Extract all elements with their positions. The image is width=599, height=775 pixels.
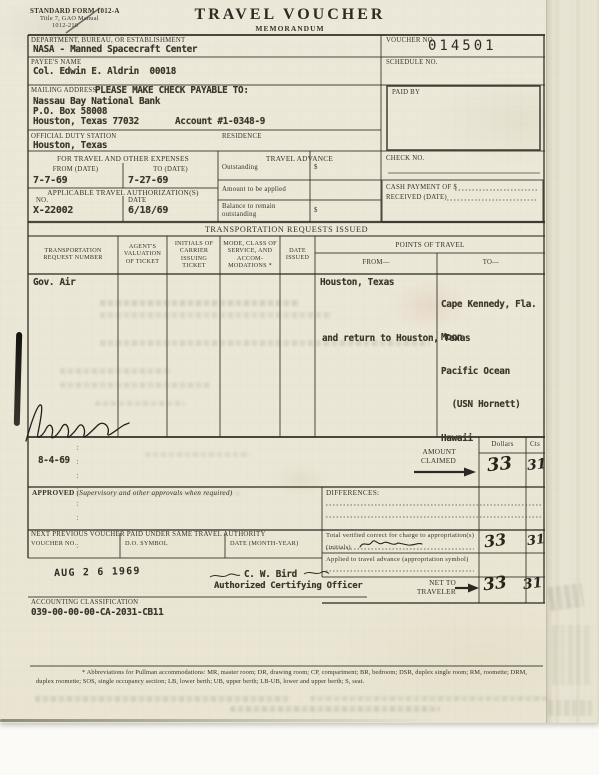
accounting-label: ACCOUNTING CLASSIFICATION [31, 599, 138, 607]
advance-balance-label: Balance to remain outstanding [222, 203, 292, 219]
mailing-address-label: MAILING ADDRESS [31, 87, 97, 95]
claim-date: 8-4-69 [38, 455, 70, 466]
to-date-label: TO (DATE) [123, 166, 218, 174]
initials-scrawl [356, 537, 426, 551]
accounting-value: 039-00-00-00-CA-2031-CB11 [31, 607, 163, 618]
col-header-mode: MODE, CLASS OF SERVICE, AND ACCOM-MODATI… [221, 240, 279, 269]
certifying-officer-title: Authorized Certifying Officer [214, 581, 362, 591]
previous-voucher-title: NEXT PREVIOUS VOUCHER PAID UNDER SAME TR… [31, 531, 266, 539]
advance-applied-label: Amount to be applied [222, 186, 306, 194]
transport-table-title: TRANSPORTATION REQUESTS ISSUED [28, 225, 545, 235]
authorization-no-label: NO. [36, 197, 48, 205]
do-symbol-label: D.O. SYMBOL [125, 540, 168, 547]
advance-outstanding-label: Outstanding [222, 164, 306, 172]
duty-station-value: Houston, Texas [33, 140, 107, 151]
col-header-to: TO— [437, 259, 545, 267]
form-subtitle: MEMORANDUM [170, 25, 410, 34]
applied-advance-label: Applied to travel advance (appropriation… [326, 556, 469, 564]
col-header-initials: INITIALS OF CARRIER ISSUING TICKET [169, 240, 219, 269]
total-verified-line2: (initials) [326, 544, 351, 552]
bleed-through-smudge [100, 300, 300, 306]
cents-header: Cts [526, 440, 544, 448]
col-header-request-number: TRANSPORTATION REQUEST NUMBER [30, 247, 116, 262]
authorization-date-value: 6/18/69 [128, 205, 168, 216]
pullman-abbreviations-footnote: * Abbreviations for Pullman accommodatio… [36, 669, 541, 687]
paid-by-label: PAID BY [392, 89, 420, 97]
col-header-points-of-travel: POINTS OF TRAVEL [315, 241, 545, 249]
bleed-through-smudge [145, 452, 250, 457]
payable-note: PLEASE MAKE CHECK PAYABLE TO: [95, 85, 249, 96]
from-date-value: 7-7-69 [33, 175, 67, 186]
residence-label: RESIDENCE [222, 133, 262, 141]
bleed-through-smudge [35, 696, 290, 702]
bleed-through-smudge [310, 696, 550, 701]
to-stop: Cape Kennedy, Fla. [441, 299, 536, 310]
voucher-no-value: 014501 [428, 38, 497, 54]
to-stop: (USN Hornett) [441, 399, 536, 410]
differences-label: DIFFERENCES: [326, 489, 379, 498]
claimed-dollars-value: 33 [486, 453, 513, 477]
margin-smudge [548, 700, 592, 716]
col-header-valuation: AGENT'S VALUATION OF TICKET [119, 243, 166, 265]
department-value: NASA - Manned Spacecraft Center [33, 44, 197, 55]
points-from-value: Houston, Texas [320, 277, 394, 288]
arrow-icon [454, 582, 480, 594]
authorization-no-value: X-22002 [33, 205, 73, 216]
amount-claimed-label: AMOUNT CLAIMED [406, 447, 456, 466]
to-stop: Pacific Ocean [441, 366, 536, 377]
arrow-icon [412, 466, 478, 478]
account-number: Account #1-0348-9 [175, 116, 265, 127]
schedule-no-label: SCHEDULE NO. [386, 59, 438, 67]
date-stamp: AUG 2 6 1969 [54, 566, 141, 579]
claimed-cents-value: 31 [526, 456, 547, 474]
net-dollars-value: 33 [482, 573, 508, 596]
bleed-through-smudge [100, 312, 332, 318]
approved-label: APPROVED (Supervisory and other approval… [32, 489, 232, 498]
paper-bottom-edge [0, 719, 440, 722]
previous-date-label: DATE (MONTH-YEAR) [230, 540, 298, 547]
advance-balance-symbol: $ [314, 207, 318, 215]
cash-payment-line2: RECEIVED (DATE) [386, 194, 447, 202]
net-cents-value: 31 [522, 575, 543, 593]
certifying-officer-name: C. W. Bird [244, 569, 297, 580]
margin-smudge [547, 583, 584, 611]
form-title: TRAVEL VOUCHER [170, 6, 410, 25]
pen-slash-mark [60, 4, 104, 36]
points-to-values: Cape Kennedy, Fla. Moon Pacific Ocean (U… [441, 277, 536, 466]
to-date-value: 7-27-69 [128, 175, 168, 186]
travel-period-title: FOR TRAVEL AND OTHER EXPENSES [28, 155, 218, 164]
dollars-header: Dollars [479, 440, 526, 448]
authorization-date-label: DATE [128, 197, 146, 205]
travel-advance-title: TRAVEL ADVANCE [218, 155, 381, 164]
previous-voucher-no-label: VOUCHER NO. [31, 540, 76, 547]
net-to-traveler-label: NET TO TRAVELER [404, 578, 456, 597]
request-number-value: Gov. Air [33, 277, 75, 288]
verified-cents-value: 31 [526, 532, 546, 549]
authorization-title: APPLICABLE TRAVEL AUTHORIZATION(S) [28, 189, 218, 198]
payee-value: Col. Edwin E. Aldrin 00018 [33, 66, 176, 77]
pen-flourish [208, 571, 242, 580]
approved-word: APPROVED [32, 488, 75, 497]
scanned-travel-voucher: STANDARD FORM 1012-A Title 7, GAO Manual… [0, 0, 599, 775]
mailing-line3: Houston, Texas 77032 [33, 116, 139, 127]
approved-note: (Supervisory and other approvals when re… [77, 488, 233, 497]
check-no-label: CHECK NO. [386, 155, 425, 163]
bleed-through-smudge [230, 706, 440, 712]
verified-dollars-value: 33 [483, 530, 507, 552]
bleed-through-smudge [60, 368, 172, 374]
col-header-from: FROM— [315, 259, 437, 267]
pen-flourish [302, 569, 330, 578]
cash-payment-line1: CASH PAYMENT OF $ [386, 184, 457, 192]
margin-smudge [552, 625, 592, 685]
col-header-date-issued: DATE ISSUED [281, 247, 314, 262]
from-date-label: FROM (DATE) [28, 166, 123, 174]
bleed-through-smudge [60, 382, 210, 388]
payee-signature [20, 399, 132, 445]
bleed-through-smudge [100, 340, 430, 346]
advance-outstanding-symbol: $ [314, 164, 318, 172]
